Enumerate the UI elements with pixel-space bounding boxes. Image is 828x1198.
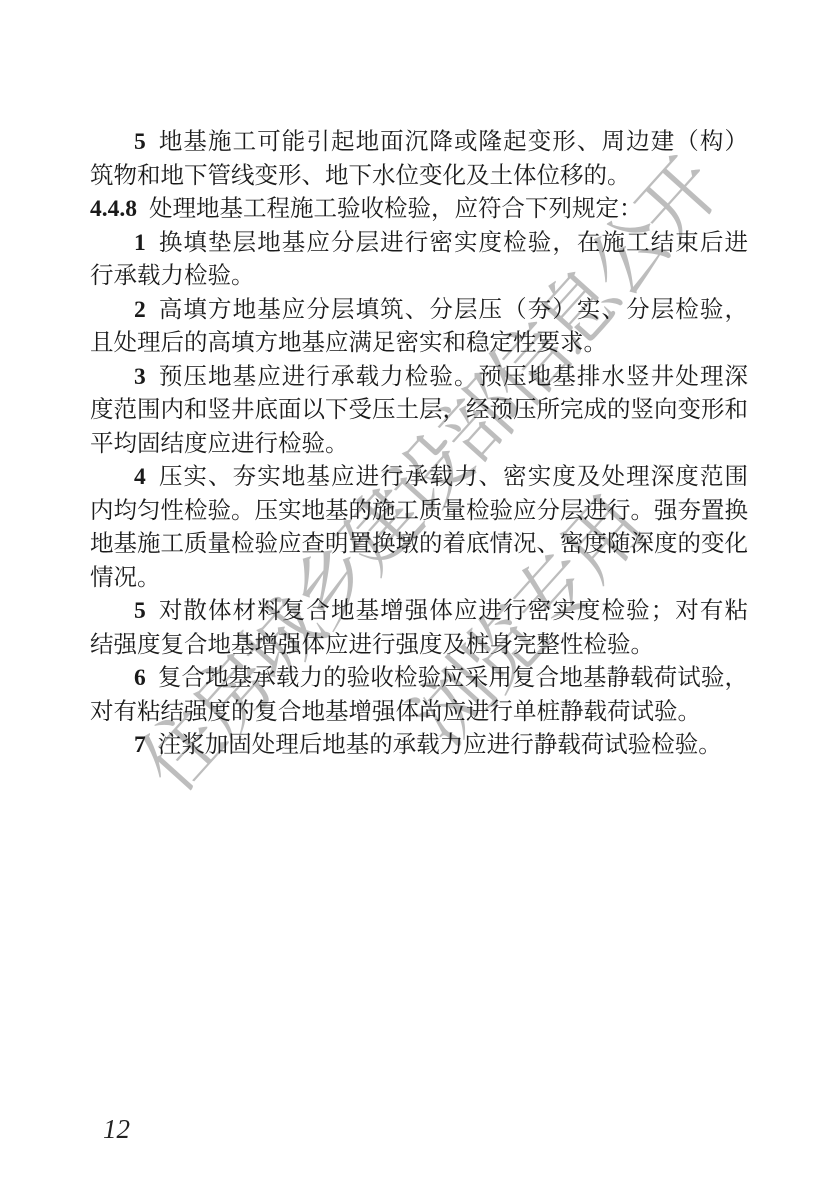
text-line: 3预压地基应进行承载力检验。预压地基排水竖井处理深 xyxy=(90,361,748,395)
line-text: 复合地基承载力的验收检验应采用复合地基静载荷试验， xyxy=(158,665,748,691)
line-text: 度范围内和竖井底面以下受压土层，经预压所完成的竖向变形和 xyxy=(90,397,748,423)
text-line: 平均固结度应进行检验。 xyxy=(90,428,748,462)
item-number: 6 xyxy=(134,665,146,691)
text-line: 4.4.8处理地基工程施工验收检验，应符合下列规定： xyxy=(90,193,748,227)
text-line: 地基施工质量检验应查明置换墩的着底情况、密度随深度的变化 xyxy=(90,528,748,562)
text-line: 对有粘结强度的复合地基增强体尚应进行单桩静载荷试验。 xyxy=(90,696,748,730)
line-text: 地基施工可能引起地面沉降或隆起变形、周边建（构） xyxy=(158,129,748,155)
text-line: 1换填垫层地基应分层进行密实度检验，在施工结束后进 xyxy=(90,227,748,261)
text-line: 2高填方地基应分层填筑、分层压（夯）实、分层检验， xyxy=(90,294,748,328)
item-number: 4.4.8 xyxy=(90,196,137,222)
text-line: 行承载力检验。 xyxy=(90,260,748,294)
text-line: 内均匀性检验。压实地基的施工质量检验应分层进行。强夯置换 xyxy=(90,495,748,529)
line-text: 筑物和地下管线变形、地下水位变化及土体位移的。 xyxy=(90,163,631,189)
line-text: 且处理后的高填方地基应满足密实和稳定性要求。 xyxy=(90,330,607,356)
clause-content: 5地基施工可能引起地面沉降或隆起变形、周边建（构）筑物和地下管线变形、地下水位变… xyxy=(90,126,748,763)
line-text: 换填垫层地基应分层进行密实度检验，在施工结束后进 xyxy=(158,230,748,256)
line-text: 预压地基应进行承载力检验。预压地基排水竖井处理深 xyxy=(158,364,748,390)
item-number: 7 xyxy=(134,732,146,758)
line-text: 注浆加固处理后地基的承载力应进行静载荷试验检验。 xyxy=(158,732,722,758)
text-line: 度范围内和竖井底面以下受压土层，经预压所完成的竖向变形和 xyxy=(90,394,748,428)
line-text: 高填方地基应分层填筑、分层压（夯）实、分层检验， xyxy=(158,297,748,323)
text-line: 结强度复合地基增强体应进行强度及桩身完整性检验。 xyxy=(90,629,748,663)
line-text: 对散体材料复合地基增强体应进行密实度检验；对有粘 xyxy=(158,598,748,624)
line-text: 处理地基工程施工验收检验，应符合下列规定： xyxy=(149,196,643,222)
item-number: 3 xyxy=(134,364,146,390)
text-line: 7注浆加固处理后地基的承载力应进行静载荷试验检验。 xyxy=(90,729,748,763)
line-text: 压实、夯实地基应进行承载力、密实度及处理深度范围 xyxy=(158,464,748,490)
text-line: 5地基施工可能引起地面沉降或隆起变形、周边建（构） xyxy=(90,126,748,160)
item-number: 5 xyxy=(134,598,146,624)
text-line: 筑物和地下管线变形、地下水位变化及土体位移的。 xyxy=(90,160,748,194)
line-text: 内均匀性检验。压实地基的施工质量检验应分层进行。强夯置换 xyxy=(90,498,748,524)
item-number: 2 xyxy=(134,297,146,323)
line-text: 情况。 xyxy=(90,565,161,591)
item-number: 1 xyxy=(134,230,146,256)
text-line: 情况。 xyxy=(90,562,748,596)
page-number: 12 xyxy=(103,1114,130,1145)
text-line: 6复合地基承载力的验收检验应采用复合地基静载荷试验， xyxy=(90,662,748,696)
line-text: 平均固结度应进行检验。 xyxy=(90,431,349,457)
line-text: 对有粘结强度的复合地基增强体尚应进行单桩静载荷试验。 xyxy=(90,699,701,725)
document-page: 住房城乡建设部信息公开 浏览专用 5地基施工可能引起地面沉降或隆起变形、周边建（… xyxy=(0,0,828,1198)
item-number: 4 xyxy=(134,464,146,490)
text-line: 5对散体材料复合地基增强体应进行密实度检验；对有粘 xyxy=(90,595,748,629)
item-number: 5 xyxy=(134,129,146,155)
line-text: 地基施工质量检验应查明置换墩的着底情况、密度随深度的变化 xyxy=(90,531,748,557)
line-text: 行承载力检验。 xyxy=(90,263,255,289)
text-line: 4压实、夯实地基应进行承载力、密实度及处理深度范围 xyxy=(90,461,748,495)
line-text: 结强度复合地基增强体应进行强度及桩身完整性检验。 xyxy=(90,632,654,658)
text-line: 且处理后的高填方地基应满足密实和稳定性要求。 xyxy=(90,327,748,361)
